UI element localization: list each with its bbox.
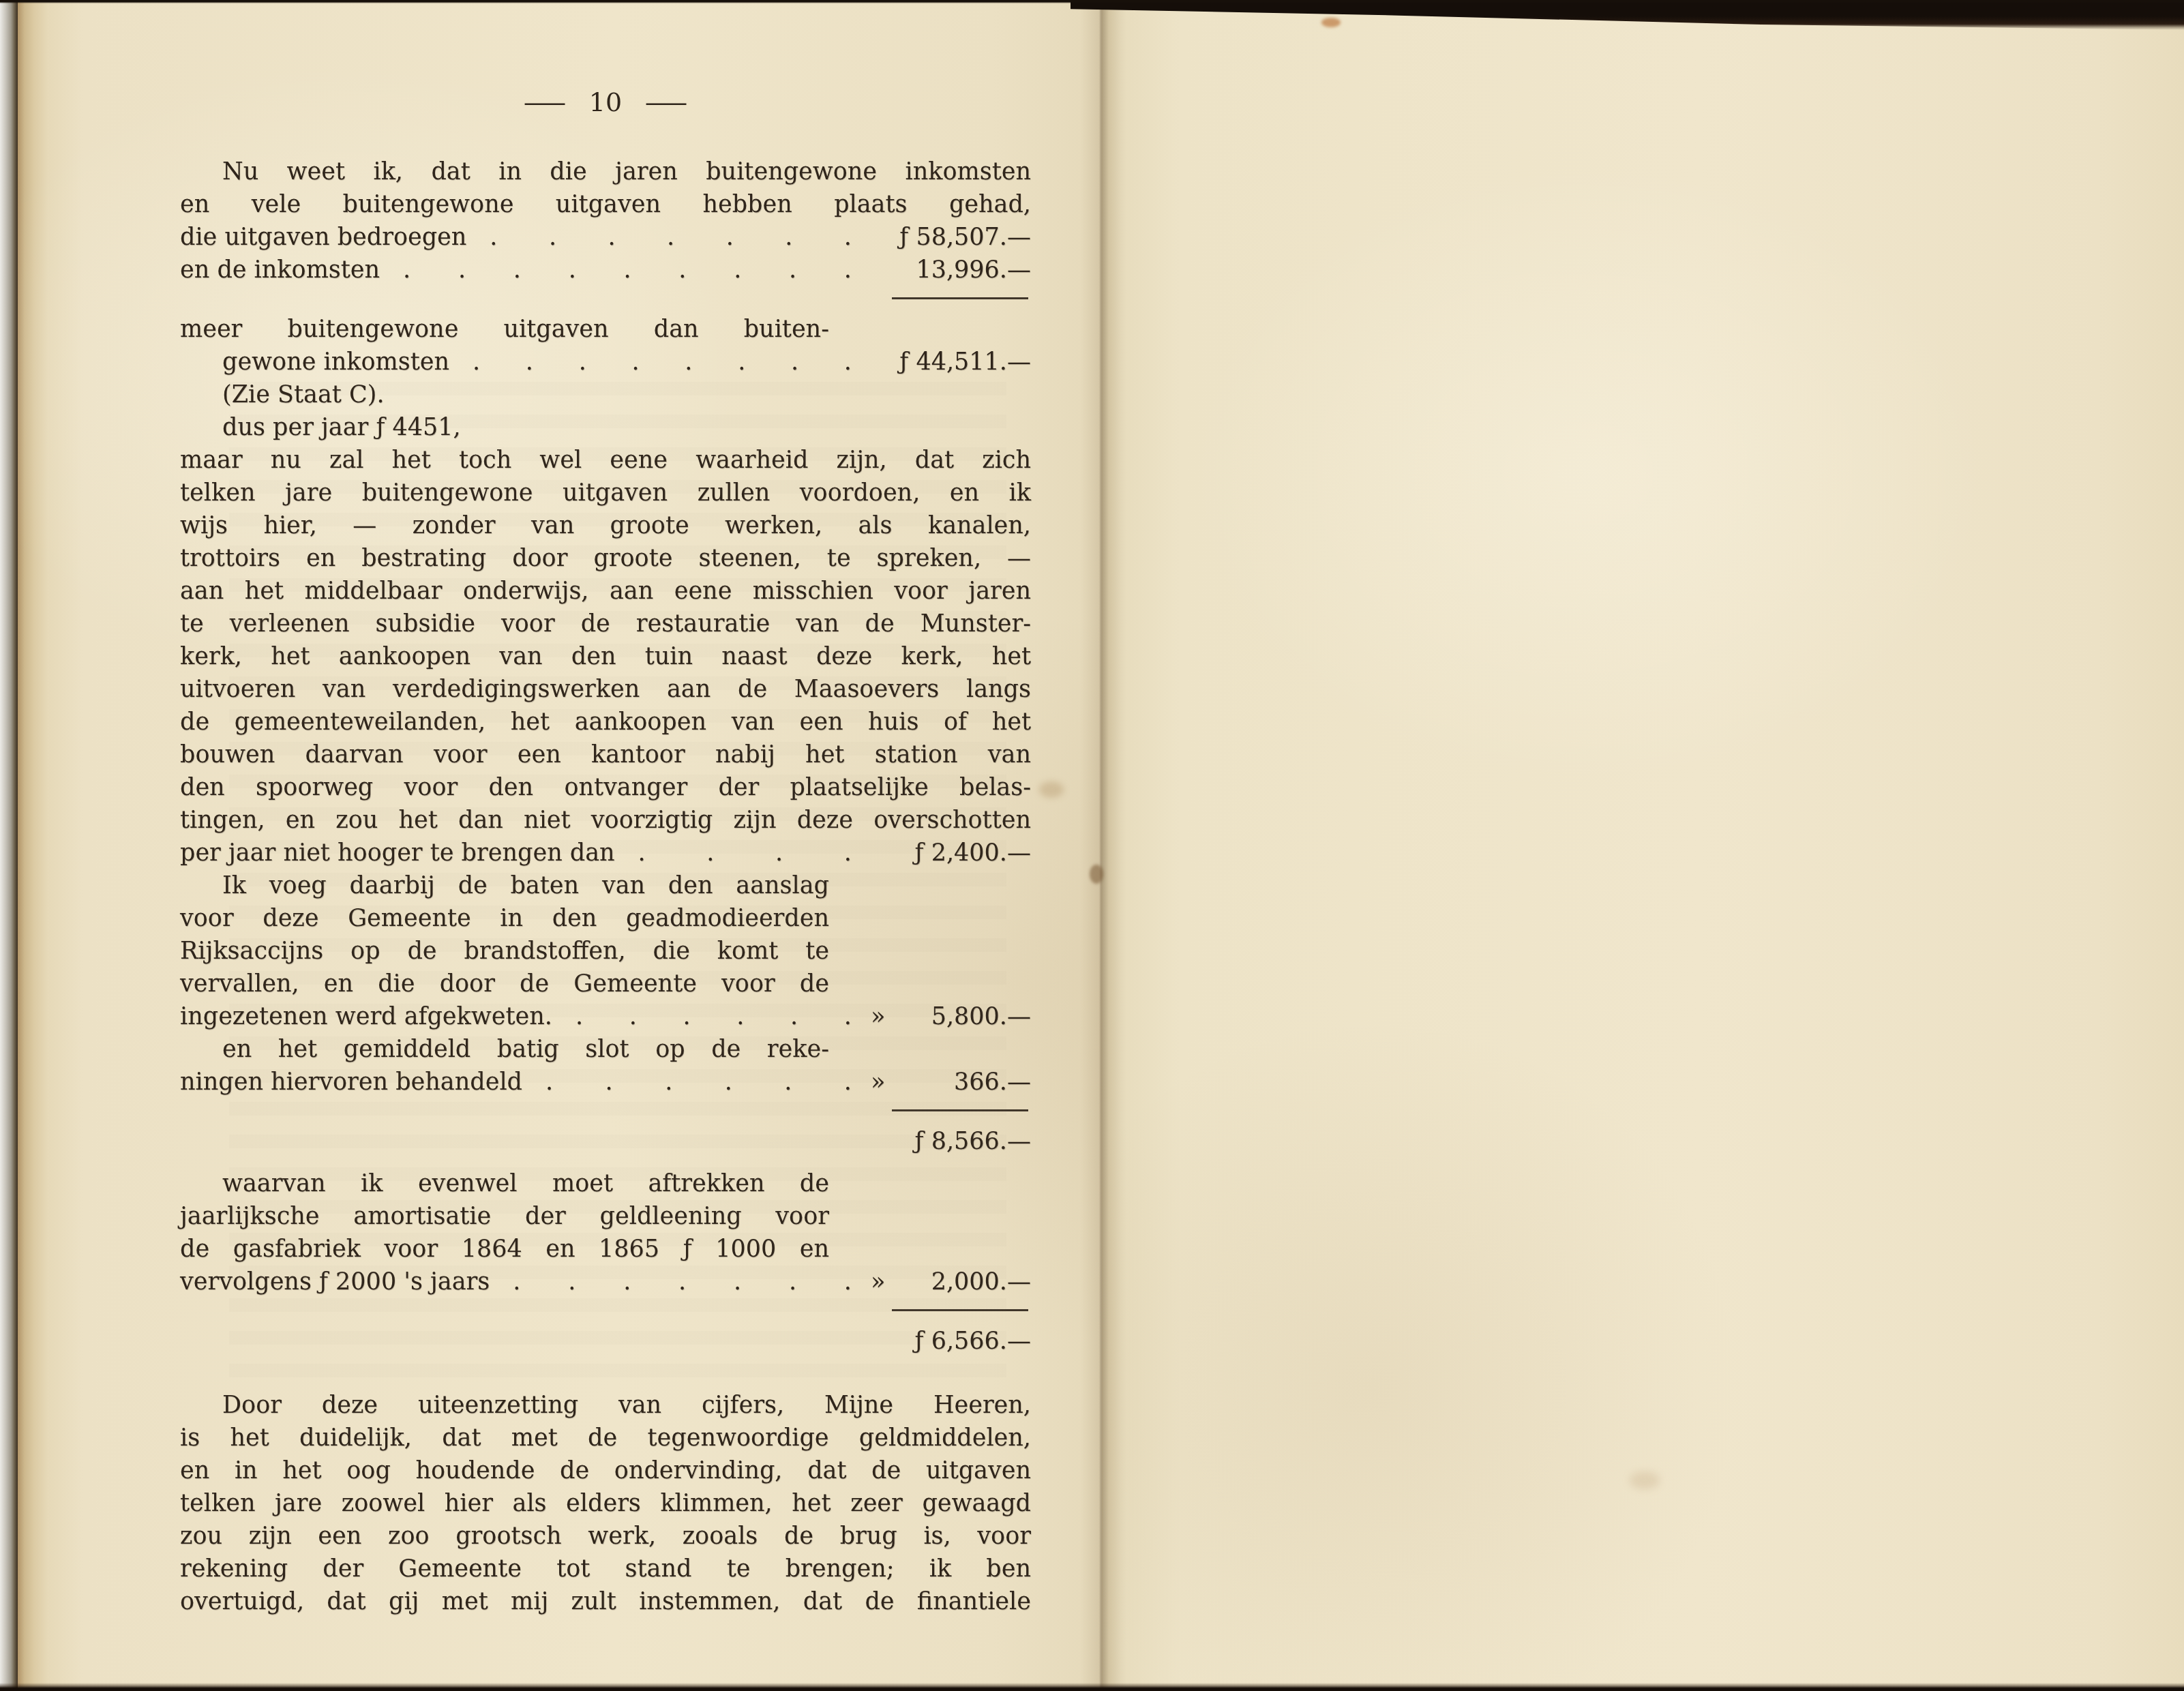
- total-amount: ƒ 8,566.—: [915, 1125, 1031, 1158]
- page-number-dash: —: [644, 86, 689, 119]
- amount-value: ƒ 2,400.—: [871, 837, 1031, 869]
- text-line: (Zie Staat C).: [180, 378, 1031, 411]
- dot-leader: . . . . . . .: [490, 1266, 871, 1298]
- amount-value: »5,800.—: [871, 1000, 1031, 1033]
- text-line: Ik voeg daarbij de baten van den aanslag: [180, 869, 829, 902]
- amount-label: ingezetenen werd afgekweten.: [180, 1000, 552, 1033]
- text-line: zou zijn een zoo grootsch werk, zooals d…: [180, 1520, 1031, 1553]
- amount-line: per jaar niet hooger te brengen dan. . .…: [180, 837, 1031, 869]
- ditto-mark: »: [871, 1000, 885, 1033]
- text-line: de gemeenteweilanden, het aankoopen van …: [180, 706, 1031, 738]
- text-line: en vele buitengewone uitgaven hebben pla…: [180, 188, 1031, 221]
- amount-label: die uitgaven bedroegen: [180, 221, 466, 254]
- text-line: jaarlijksche amortisatie der geldleening…: [180, 1200, 829, 1233]
- text-line: den spoorweg voor den ontvanger der plaa…: [180, 771, 1031, 804]
- total-line: ƒ 6,566.—: [180, 1325, 1031, 1358]
- text-line: en in het oog houdende de ondervinding, …: [180, 1454, 1031, 1487]
- amount-label: ningen hiervoren behandeld: [180, 1066, 522, 1098]
- total-line: ƒ 8,566.—: [180, 1125, 1031, 1158]
- text-line: telken jare zoowel hier als elders klimm…: [180, 1487, 1031, 1520]
- page-number: 10: [589, 86, 622, 119]
- amount-line: gewone inkomsten. . . . . . . .ƒ 44,511.…: [180, 346, 1031, 378]
- text-line: vervallen, en die door de Gemeente voor …: [180, 968, 829, 1000]
- paper-stain: [1630, 1471, 1660, 1489]
- text-line: is het duidelijk, dat met de tegenwoordi…: [180, 1422, 1031, 1454]
- dot-leader: . . . . . .: [522, 1066, 871, 1098]
- amount-line: en de inkomsten. . . . . . . . .13,996.—: [180, 254, 1031, 286]
- text-line: wijs hier, — zonder van groote werken, a…: [180, 509, 1031, 542]
- amount-value: »366.—: [871, 1066, 1031, 1098]
- amount-line: ingezetenen werd afgekweten.. . . . . .»…: [180, 1000, 1031, 1033]
- dot-leader: . . . . . . .: [466, 221, 871, 254]
- text-line: maar nu zal het toch wel eene waarheid z…: [180, 444, 1031, 477]
- sum-rule: [892, 297, 1028, 299]
- text-line: waarvan ik evenwel moet aftrekken de: [180, 1167, 829, 1200]
- dot-leader: . . . . . .: [552, 1000, 871, 1033]
- amount-label: gewone inkomsten: [180, 346, 449, 378]
- text-line: Rijksaccijns op de brandstoffen, die kom…: [180, 935, 829, 968]
- text-line: te verleenen subsidie voor de restaurati…: [180, 608, 1031, 640]
- text-line: uitvoeren van verdedigingswerken aan de …: [180, 673, 1031, 706]
- total-amount: ƒ 6,566.—: [915, 1325, 1031, 1358]
- text-line: trottoirs en bestrating door groote stee…: [180, 542, 1031, 575]
- amount-value: ƒ 44,511.—: [871, 346, 1031, 378]
- page-10-content: — 10 — Nu weet ik, dat in die jaren buit…: [180, 86, 1031, 1618]
- text-line: de gasfabriek voor 1864 en 1865 ƒ 1000 e…: [180, 1233, 829, 1266]
- amount-value: 13,996.—: [871, 254, 1031, 286]
- scan-top-edge: [0, 0, 2184, 3]
- paper-stain: [1090, 865, 1103, 884]
- amount-line: die uitgaven bedroegen. . . . . . .ƒ 58,…: [180, 221, 1031, 254]
- text-line: meer buitengewone uitgaven dan buiten-: [180, 313, 829, 346]
- text-line: overtuigd, dat gij met mij zult instemme…: [180, 1585, 1031, 1618]
- book-gutter: [1080, 0, 1126, 1691]
- amount-value: »2,000.—: [871, 1266, 1031, 1298]
- text-line: Door deze uiteenzetting van cijfers, Mij…: [180, 1389, 1031, 1422]
- amount-label: per jaar niet hooger te brengen dan: [180, 837, 615, 869]
- scan-bottom-edge: [0, 1683, 2184, 1691]
- sum-rule: [892, 1309, 1028, 1311]
- page-10-lines: Nu weet ik, dat in die jaren buitengewon…: [180, 155, 1031, 1618]
- amount-value: ƒ 58,507.—: [871, 221, 1031, 254]
- ditto-mark: »: [871, 1066, 885, 1098]
- text-line: kerk, het aankoopen van den tuin naast d…: [180, 640, 1031, 673]
- text-line: dus per jaar ƒ 4451,: [180, 411, 1031, 444]
- text-line: Nu weet ik, dat in die jaren buitengewon…: [180, 155, 1031, 188]
- dot-leader: . . . . . . . . .: [380, 254, 871, 286]
- sum-rule: [892, 1109, 1028, 1111]
- page-number-row: — 10 —: [180, 86, 1031, 119]
- text-line: bouwen daarvan voor een kantoor nabij he…: [180, 738, 1031, 771]
- dot-leader: . . . . . . . .: [449, 346, 871, 378]
- book-edge-left: [0, 0, 18, 1691]
- text-line: telken jare buitengewone uitgaven zullen…: [180, 477, 1031, 509]
- page-11: — 11 — krachten der gemeentekas, zooals …: [1102, 0, 2184, 1691]
- amount-label: en de inkomsten: [180, 254, 380, 286]
- page-number-dash: —: [523, 86, 567, 119]
- amount-label: vervolgens ƒ 2000 's jaars: [180, 1266, 490, 1298]
- text-line: voor deze Gemeente in den geadmodieerden: [180, 902, 829, 935]
- dot-leader: . . . .: [615, 837, 871, 869]
- text-line: en het gemiddeld batig slot op de reke-: [180, 1033, 829, 1066]
- amount-line: vervolgens ƒ 2000 's jaars. . . . . . .»…: [180, 1266, 1031, 1298]
- ditto-mark: »: [871, 1266, 885, 1298]
- text-line: tingen, en zou het dan niet voorzigtig z…: [180, 804, 1031, 837]
- paper-stain: [1039, 781, 1064, 798]
- gutter-crease: [1101, 0, 1102, 1691]
- page-10: — 10 — Nu weet ik, dat in die jaren buit…: [18, 0, 1102, 1691]
- text-line: rekening der Gemeente tot stand te breng…: [180, 1553, 1031, 1585]
- paper-stain: [1321, 18, 1341, 27]
- text-line: aan het middelbaar onderwijs, aan eene m…: [180, 575, 1031, 608]
- amount-line: ningen hiervoren behandeld. . . . . .»36…: [180, 1066, 1031, 1098]
